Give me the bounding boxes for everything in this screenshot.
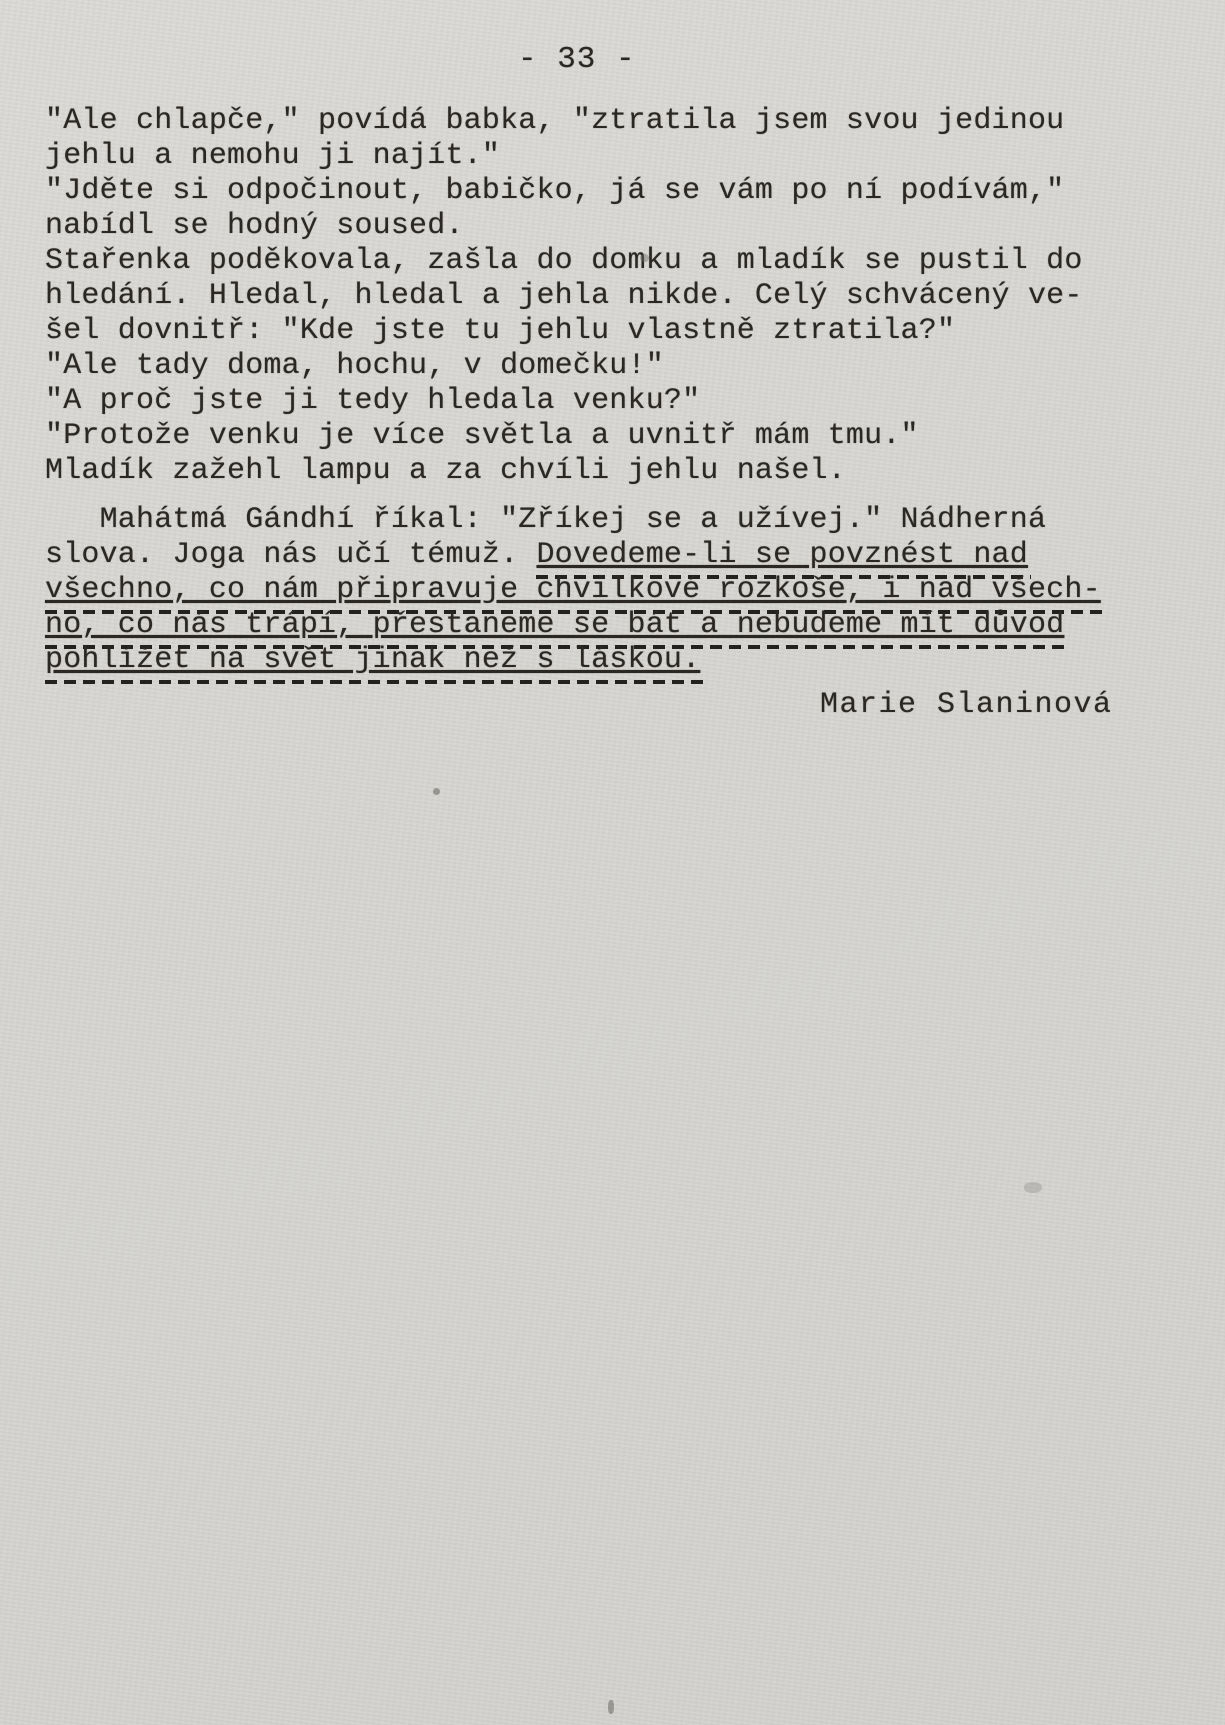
quote-line: slova. Joga nás učí témuž. Dovedeme-li s… (45, 538, 1180, 573)
text-line: "Protože venku je více světla a uvnitř m… (45, 419, 1180, 454)
emphasized-text: no, co nás trápí, přestaneme se bát a ne… (45, 608, 1064, 642)
text-line: "Ale chlapče," povídá babka, "ztratila j… (45, 104, 1180, 139)
paper-speck (1024, 1182, 1042, 1193)
text-line: nabídl se hodný soused. (45, 209, 1180, 244)
story-paragraph: "Ale chlapče," povídá babka, "ztratila j… (45, 104, 1180, 489)
text-line: "A proč jste ji tedy hledala venku?" (45, 384, 1180, 419)
paper-speck (640, 254, 649, 262)
text-line: hledání. Hledal, hledal a jehla nikde. C… (45, 279, 1180, 314)
text-line: jehlu a nemohu ji najít." (45, 139, 1180, 174)
quote-paragraph: Mahátmá Gándhí říkal: "Zříkej se a užíve… (45, 503, 1180, 678)
emphasized-text: pohlížet na svět jinak než s láskou. (45, 643, 700, 677)
quote-text: slova. Joga nás učí témuž. (45, 538, 536, 572)
text-line: "Ale tady doma, hochu, v domečku!" (45, 349, 1180, 384)
paper-speck (608, 1700, 614, 1714)
page-number: - 33 - (518, 42, 636, 77)
text-line: "Jděte si odpočinout, babičko, já se vám… (45, 174, 1180, 209)
emphasized-text: Dovedeme-li se povznést nad (536, 538, 1027, 572)
text-line: šel dovnitř: "Kde jste tu jehlu vlastně … (45, 314, 1180, 349)
text-line: Stařenka poděkovala, zašla do domku a ml… (45, 244, 1180, 279)
text-line: Mladík zažehl lampu a za chvíli jehlu na… (45, 454, 1180, 489)
emphasized-text: všechno, co nám připravuje chvilkové roz… (45, 573, 1101, 607)
quote-line: Mahátmá Gándhí říkal: "Zříkej se a užíve… (45, 503, 1180, 538)
page-content: "Ale chlapče," povídá babka, "ztratila j… (45, 104, 1180, 723)
quote-line: no, co nás trápí, přestaneme se bát a ne… (45, 608, 1180, 643)
author-signature: Marie Slaninová (820, 688, 1180, 723)
paper-speck (433, 788, 440, 795)
quote-line: všechno, co nám připravuje chvilkové roz… (45, 573, 1180, 608)
document-page: - 33 - "Ale chlapče," povídá babka, "ztr… (0, 0, 1225, 1725)
